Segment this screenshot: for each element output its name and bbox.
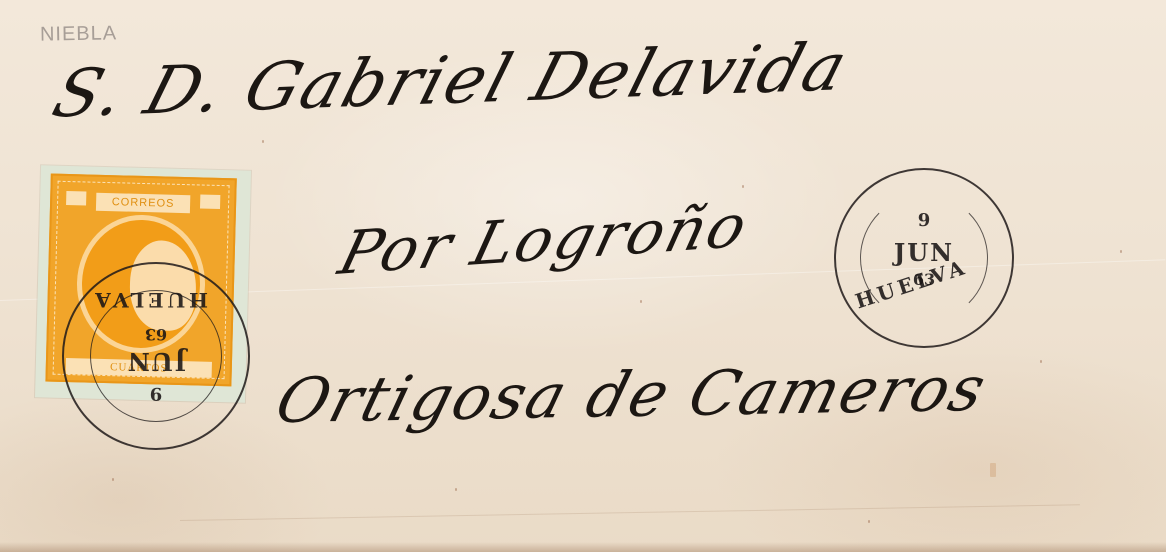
postmark-day: 9	[836, 210, 1012, 231]
paper-stain	[990, 463, 996, 477]
pencil-annotation: NIEBLA	[40, 22, 118, 46]
routing-line: Por Logroño	[332, 191, 756, 289]
paper-speck	[640, 300, 642, 303]
paper-crease	[180, 504, 1080, 521]
envelope: NIEBLA CORREOS CUARTOS 9 JUN 63 HUELVA S…	[0, 0, 1166, 552]
postmark-day: 9	[64, 383, 248, 404]
postmark-month: JUN	[64, 347, 248, 376]
paper-speck	[868, 520, 870, 523]
stamp-flag-ornament	[66, 191, 86, 206]
postmark-datestamp: 9 JUN 63 HUELVA	[834, 168, 1014, 348]
stamp-top-label: CORREOS	[112, 196, 175, 210]
paper-speck	[1040, 360, 1042, 363]
postmark-year: 63	[64, 325, 248, 344]
addressee-name: S. D. Gabriel Delavida	[45, 28, 858, 132]
postmark-on-stamp: 9 JUN 63 HUELVA	[62, 262, 250, 450]
paper-speck	[1120, 250, 1122, 253]
stamp-flag-ornament	[200, 194, 220, 209]
paper-speck	[262, 140, 264, 143]
paper-speck	[742, 185, 744, 188]
stamp-top-banner: CORREOS	[96, 193, 190, 213]
paper-speck	[455, 488, 457, 491]
destination-town: Ortigosa de Cameros	[268, 352, 995, 437]
postmark-town: HUELVA	[91, 288, 208, 312]
paper-speck	[112, 478, 114, 481]
postmark-month: JUN	[836, 238, 1012, 267]
